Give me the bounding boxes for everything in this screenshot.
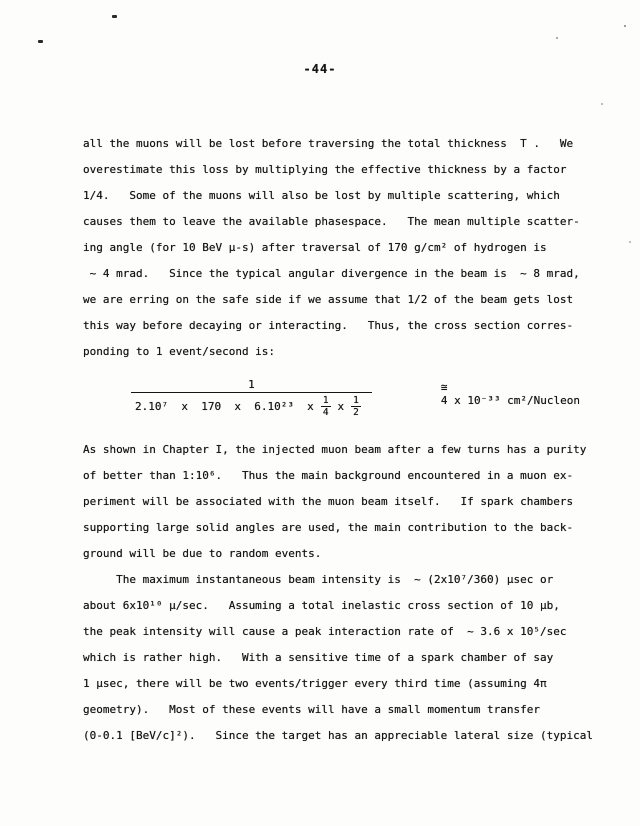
text-line: causes them to leave the available phase… [83,209,603,235]
text-line: supporting large solid angles are used, … [83,515,603,541]
text-line: periment will be associated with the muo… [83,489,603,515]
text-line: ing angle (for 10 BeV μ-s) after travers… [83,235,603,261]
scan-speck [624,25,626,27]
text-line: (0-0.1 [BeV/c]²). Since the target has a… [83,723,603,749]
text-line: this way before decaying or interacting.… [83,313,603,339]
text-line: ponding to 1 event/second is: [83,339,603,365]
denominator-text: 2.10⁷ x 170 x 6.10²³ x [135,400,314,414]
equation-denominator: 2.10⁷ x 170 x 6.10²³ x 1 4 x 1 2 [131,393,372,418]
text-line: the peak intensity will cause a peak int… [83,619,603,645]
text-line: all the muons will be lost before traver… [83,131,603,157]
scan-speck [38,40,43,43]
scan-speck [556,37,558,39]
fraction-one-half: 1 2 [351,396,361,418]
fraction-one-quarter: 1 4 [321,396,331,418]
text-line: overestimate this loss by multiplying th… [83,157,603,183]
approx-equal-sign: ≅ [441,381,448,394]
equation-result-group: ≅ 4 x 10⁻³³ cm²/Nucleon [388,368,580,420]
scanned-paper-page: -44- all the muons will be lost before t… [0,0,640,826]
text-line: geometry). Most of these events will hav… [83,697,603,723]
text-line: As shown in Chapter I, the injected muon… [83,437,603,463]
body-text: all the muons will be lost before traver… [83,131,603,749]
text-line: which is rather high. With a sensitive t… [83,645,603,671]
text-line: The maximum instantaneous beam intensity… [83,567,603,593]
equation-numerator: 1 [248,377,255,392]
scan-speck [629,241,631,243]
text-line: ground will be due to random events. [83,541,603,567]
page-number: -44- [0,62,640,76]
scan-speck [112,15,117,18]
text-line: we are erring on the safe side if we ass… [83,287,603,313]
text-line: 1 μsec, there will be two events/trigger… [83,671,603,697]
scan-speck [601,103,603,105]
text-line: ~ 4 mrad. Since the typical angular dive… [83,261,603,287]
text-line: 1/4. Some of the muons will also be lost… [83,183,603,209]
equation-result: 4 x 10⁻³³ cm²/Nucleon [441,394,580,407]
equation-main-fraction: 1 2.10⁷ x 170 x 6.10²³ x 1 4 x 1 2 [131,377,372,418]
text-line: of better than 1:10⁶. Thus the main back… [83,463,603,489]
times-sign: x [338,400,345,414]
cross-section-equation: 1 2.10⁷ x 170 x 6.10²³ x 1 4 x 1 2 [131,369,603,425]
text-line: about 6x10¹⁰ μ/sec. Assuming a total ine… [83,593,603,619]
